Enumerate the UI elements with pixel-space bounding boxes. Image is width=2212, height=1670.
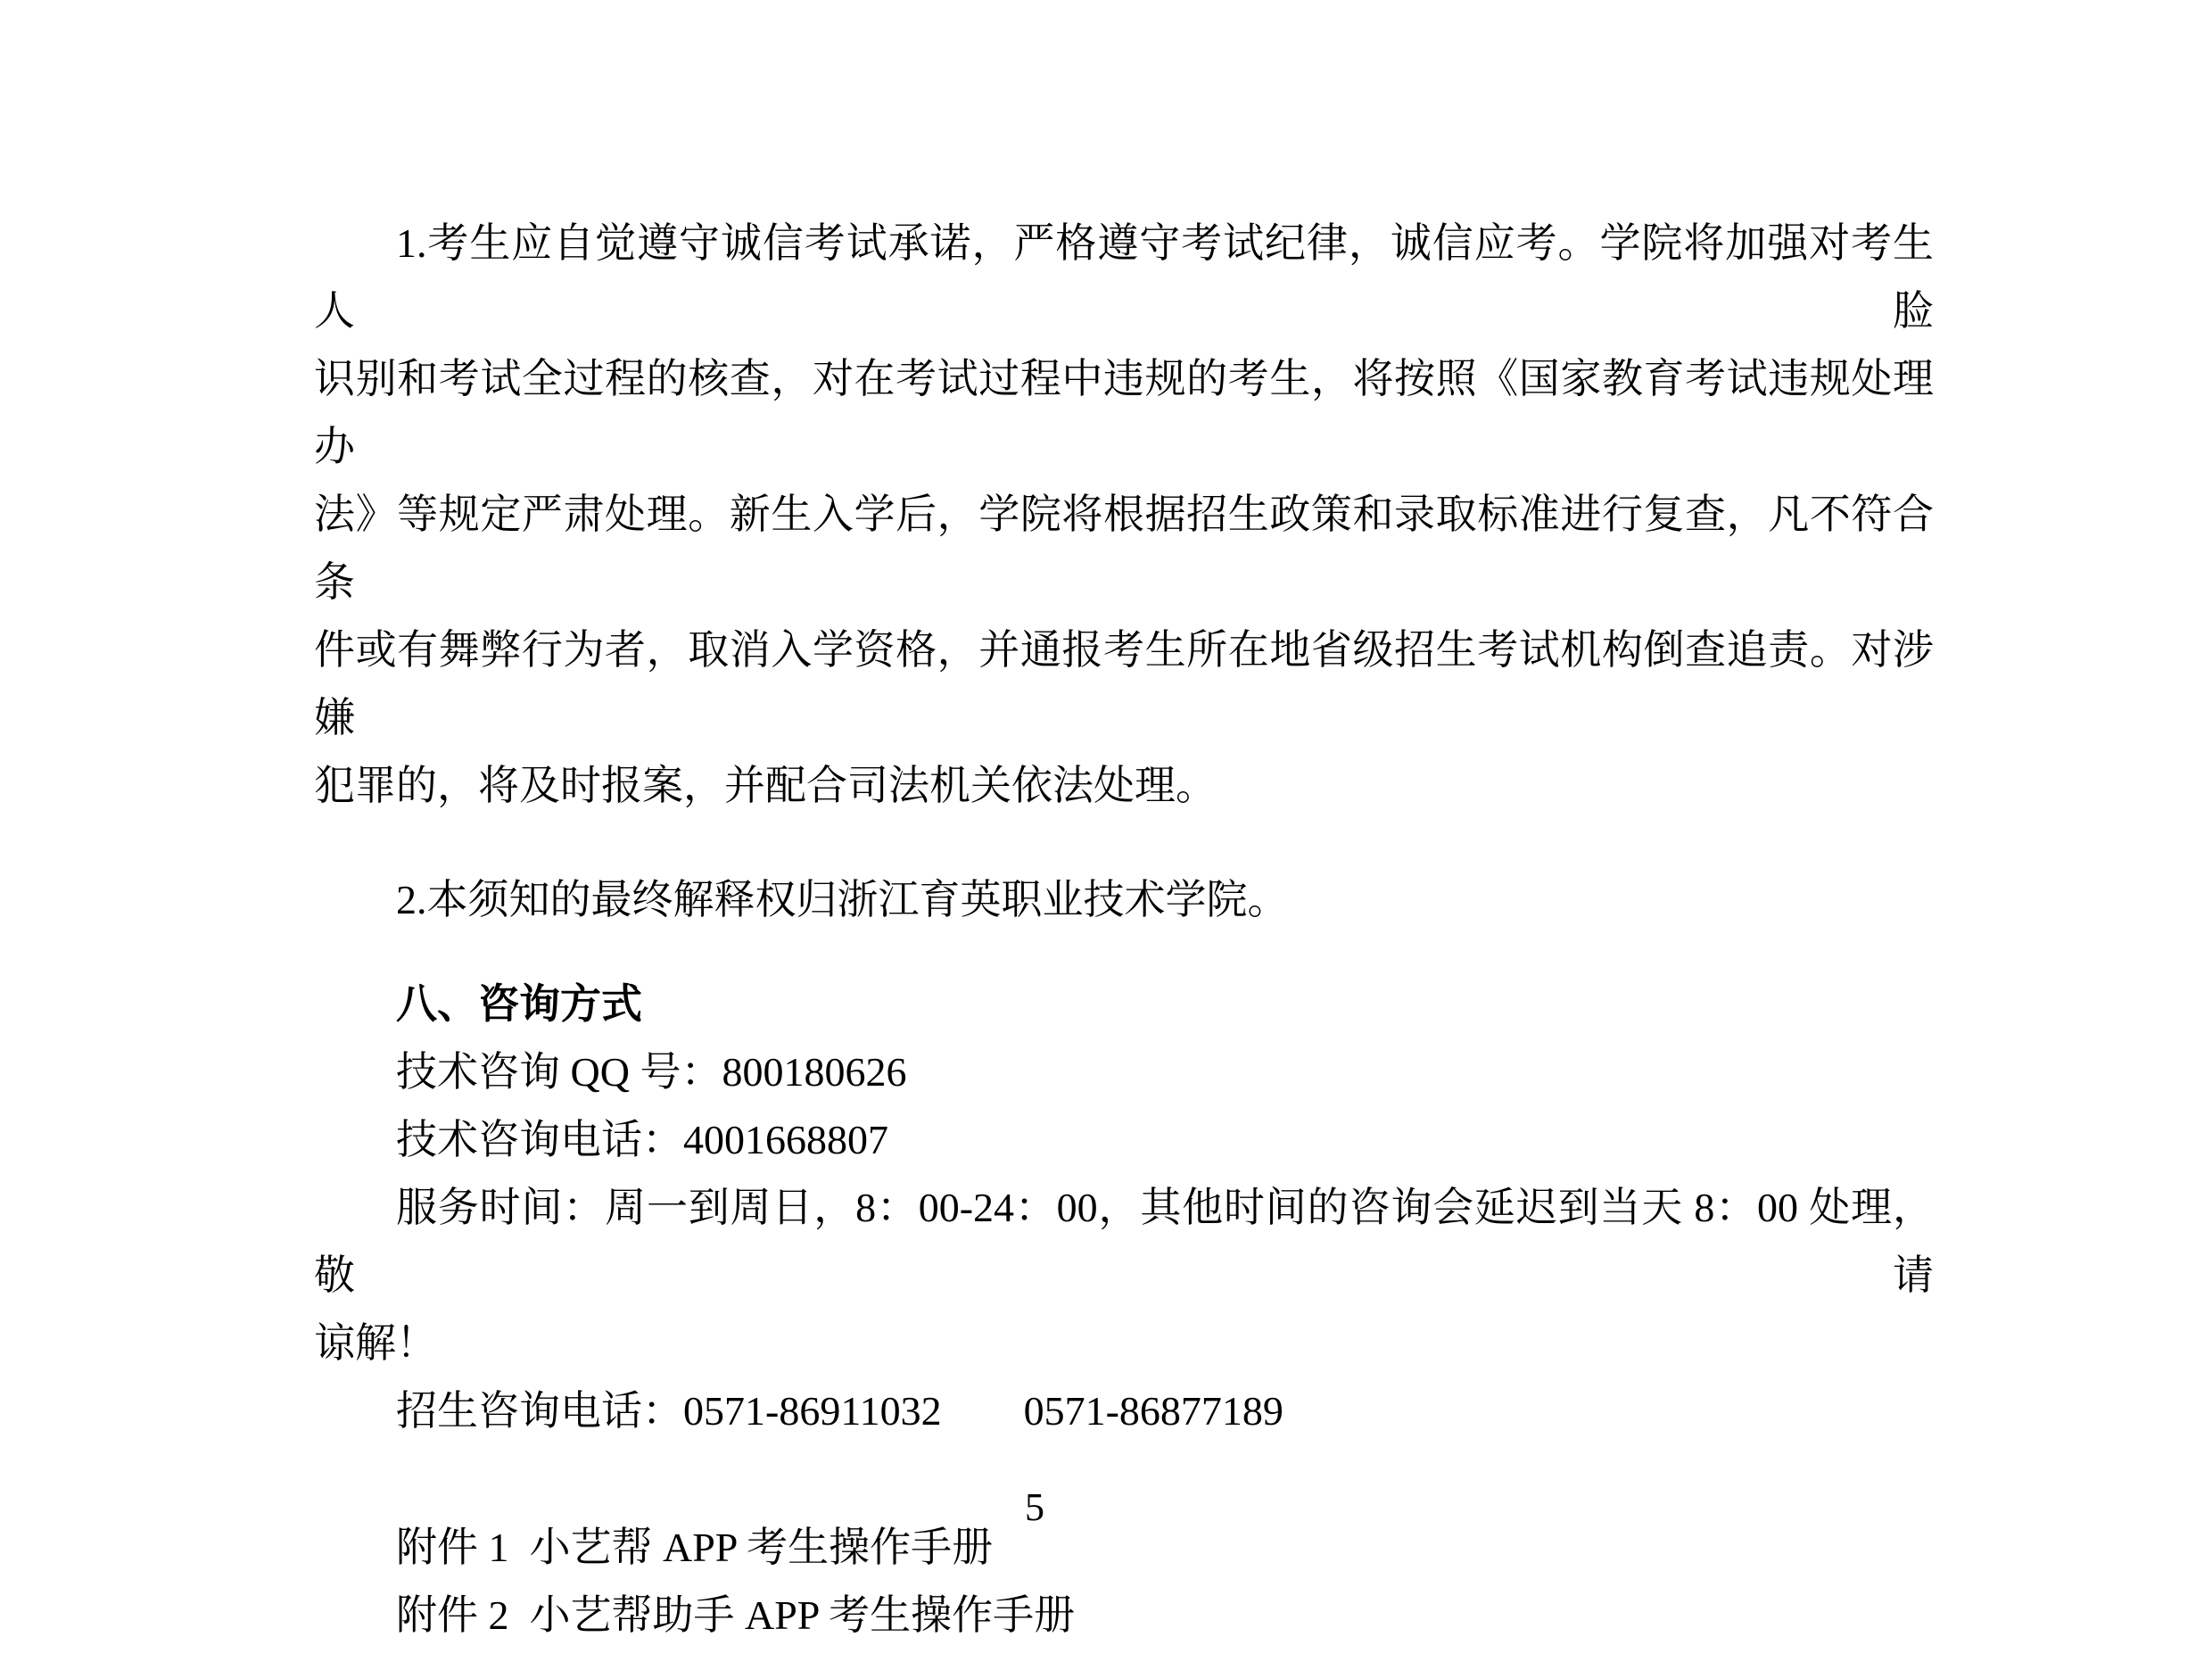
- paragraph-line: 1.考生应自觉遵守诚信考试承诺，严格遵守考试纪律，诚信应考。学院将加强对考生人脸: [314, 210, 1934, 345]
- paragraph-line: 法》等规定严肃处理。新生入学后，学院将根据招生政策和录取标准进行复查，凡不符合条: [314, 481, 1934, 616]
- paragraph-line: 犯罪的，将及时报案，并配合司法机关依法处理。: [314, 752, 1934, 820]
- page-number: 5: [977, 1474, 1093, 1542]
- paragraph-line: 件或有舞弊行为者，取消入学资格，并通报考生所在地省级招生考试机构倒查追责。对涉嫌: [314, 616, 1934, 752]
- section-heading-consultation: 八、咨询方式: [314, 971, 1934, 1038]
- contact-phone-line: 技术咨询电话：4001668807: [314, 1106, 1934, 1174]
- attachment-item-2: 附件 2 小艺帮助手 APP 考生操作手册: [314, 1582, 1934, 1649]
- document-body: 1.考生应自觉遵守诚信考试承诺，严格遵守考试纪律，诚信应考。学院将加强对考生人脸…: [314, 210, 1934, 1649]
- service-hours-line: 谅解！: [314, 1310, 1934, 1377]
- paragraph-final-interpretation: 2.本须知的最终解释权归浙江育英职业技术学院。: [314, 866, 1934, 934]
- attachment-item-1: 附件 1 小艺帮 APP 考生操作手册: [314, 1514, 1934, 1582]
- document-page: 1.考生应自觉遵守诚信考试承诺，严格遵守考试纪律，诚信应考。学院将加强对考生人脸…: [0, 0, 2212, 1670]
- service-hours-line: 服务时间：周一到周日，8：00-24：00，其他时间的咨询会延迟到当天 8：00…: [314, 1174, 1934, 1310]
- paragraph-exam-integrity: 1.考生应自觉遵守诚信考试承诺，严格遵守考试纪律，诚信应考。学院将加强对考生人脸…: [314, 210, 1934, 820]
- service-hours-paragraph: 服务时间：周一到周日，8：00-24：00，其他时间的咨询会延迟到当天 8：00…: [314, 1174, 1934, 1377]
- paragraph-line: 识别和考试全过程的核查，对在考试过程中违规的考生，将按照《国家教育考试违规处理办: [314, 345, 1934, 481]
- contact-qq-line: 技术咨询 QQ 号：800180626: [314, 1038, 1934, 1106]
- admission-phone-line: 招生咨询电话：0571-86911032 0571-86877189: [314, 1377, 1934, 1445]
